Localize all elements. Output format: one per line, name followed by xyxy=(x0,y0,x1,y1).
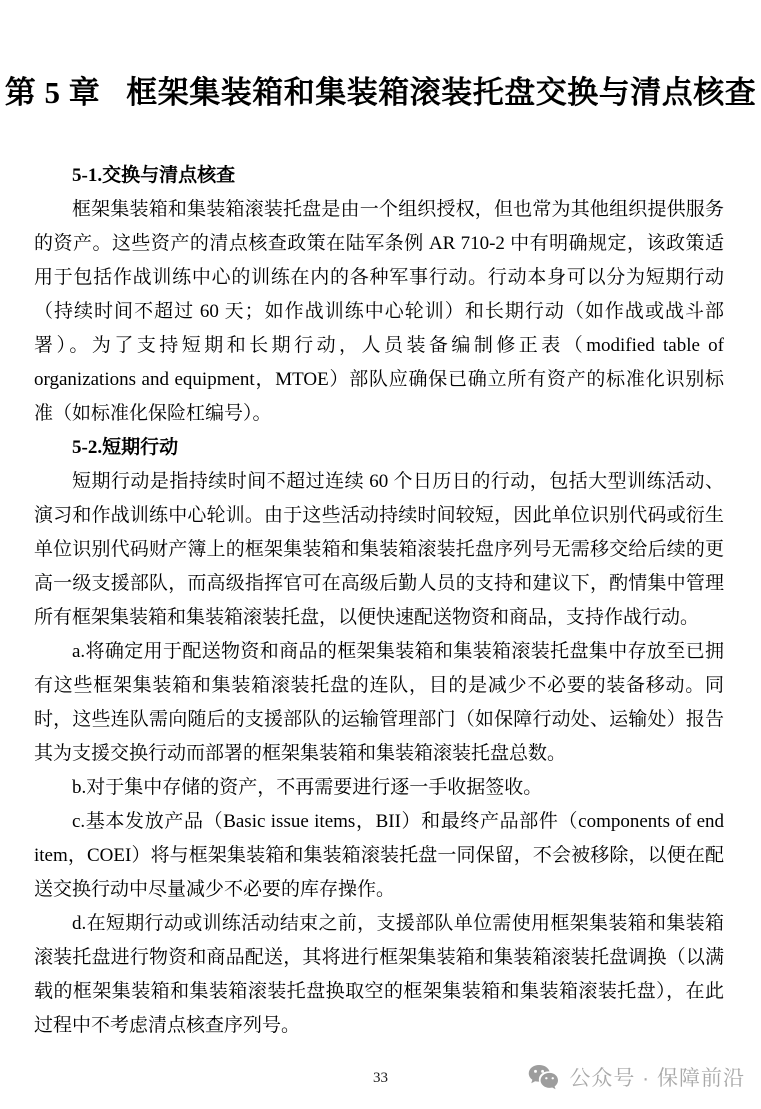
watermark: 公众号 · 保障前沿 xyxy=(528,1062,745,1092)
paragraph: 短期行动是指持续时间不超过连续 60 个日历日的行动，包括大型训练活动、演习和作… xyxy=(34,465,724,635)
chapter-label: 第 5 章 xyxy=(5,67,101,112)
section-heading-5-2: 5-2.短期行动 xyxy=(34,431,724,465)
paragraph: 框架集装箱和集装箱滚装托盘是由一个组织授权，但也常为其他组织提供服务的资产。这些… xyxy=(34,193,724,431)
document-body: 5-1.交换与清点核查 框架集装箱和集装箱滚装托盘是由一个组织授权，但也常为其他… xyxy=(34,159,724,1047)
wechat-icon xyxy=(528,1064,560,1091)
paragraph-item-e: e.各单位通过单位标准作业程序中规定的方法，在常规间隔期内报告实际拥有的框 xyxy=(34,1043,724,1047)
paragraph-item-a: a.将确定用于配送物资和商品的框架集装箱和集装箱滚装托盘集中存放至已拥有这些框架… xyxy=(34,635,724,771)
section-heading-5-1: 5-1.交换与清点核查 xyxy=(34,159,724,193)
watermark-text: 公众号 · 保障前沿 xyxy=(569,1062,745,1092)
chapter-title-text: 框架集装箱和集装箱滚装托盘交换与清点核查 xyxy=(126,67,756,112)
paragraph-item-c: c.基本发放产品（Basic issue items，BII）和最终产品部件（c… xyxy=(34,805,724,907)
paragraph-item-d: d.在短期行动或训练活动结束之前，支援部队单位需使用框架集装箱和集装箱滚装托盘进… xyxy=(34,907,724,1043)
document-page: 第 5 章 框架集装箱和集装箱滚装托盘交换与清点核查 5-1.交换与清点核查 框… xyxy=(0,0,761,1109)
paragraph-item-b: b.对于集中存储的资产，不再需要进行逐一手收据签收。 xyxy=(34,771,724,805)
chapter-title: 第 5 章 框架集装箱和集装箱滚装托盘交换与清点核查 xyxy=(0,67,761,112)
